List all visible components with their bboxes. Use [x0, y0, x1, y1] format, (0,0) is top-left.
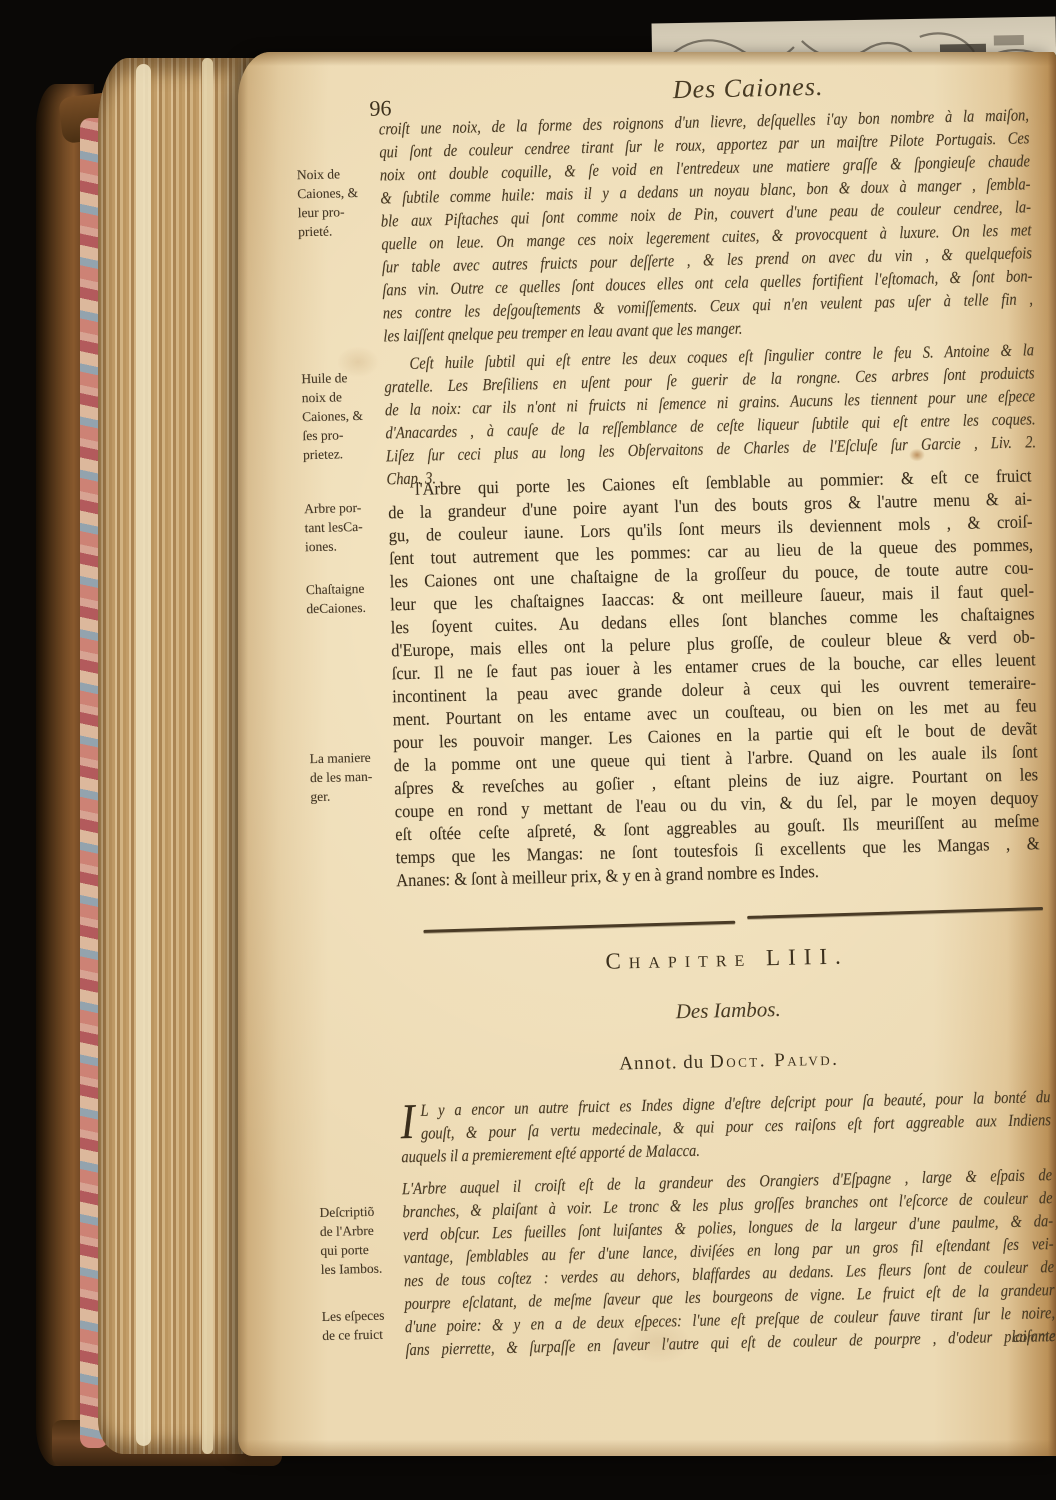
text-line: prietez. [303, 443, 391, 464]
text-line: leur pro- [298, 201, 386, 222]
text-line: les Iambos. [321, 1258, 409, 1279]
text-line: qui porte [320, 1239, 408, 1260]
margin-note-description-arbre: Deſcriptiõde l'Arbrequi porteles Iambos. [319, 1201, 409, 1279]
text-line: La maniere [309, 747, 397, 768]
text-line: Huile de [301, 367, 389, 388]
text-line: ſes pro- [302, 424, 390, 445]
chapter-subtitle: Des Iambos. [403, 991, 1053, 1030]
book-page: Des Caiones. 96 Noix deCaiones, &leur pr… [238, 52, 1056, 1456]
text-line: iones. [305, 535, 393, 556]
page-edge-highlight [136, 64, 151, 1446]
text-line: Caiones, & [302, 405, 390, 426]
text-line: de ce fruict [322, 1324, 410, 1345]
book-photograph: Des Caiones. 96 Noix deCaiones, &leur pr… [0, 0, 1056, 1500]
drop-cap: I [400, 1101, 415, 1145]
section-divider-right [747, 907, 1043, 919]
margin-note-especes-fruict: Les eſpecesde ce fruict [322, 1305, 411, 1345]
annotation-prefix: Annot. du [619, 1052, 710, 1075]
page-edge-highlight [202, 58, 213, 1454]
text-line: deCaiones. [306, 597, 394, 618]
chapter-heading: Chapitre LIII. [402, 939, 1052, 979]
text-line: noix de [302, 386, 390, 407]
section-divider-left [423, 921, 735, 933]
text-line: Chaſtaigne [306, 578, 394, 599]
text-line: Deſcriptiõ [319, 1201, 407, 1222]
text-line: prieté. [298, 220, 386, 241]
margin-note-chastaigne: ChaſtaignedeCaiones. [306, 578, 395, 618]
margin-note-maniere-de-manger: La manierede les man-ger. [309, 747, 398, 806]
text-line: Arbre por- [304, 497, 392, 518]
margin-note-huile-de-noix: Huile denoix deCaiones, &ſes pro-prietez… [301, 367, 391, 464]
paragraph-noix-description: croiſt une noix, de la forme des roignon… [379, 103, 1034, 347]
paragraph-iambos-intro: I L y a encor un autre fruict es Indes d… [400, 1085, 1052, 1168]
text-line: Caiones, & [297, 182, 385, 203]
margin-note-arbre-portant: Arbre por-tant lesCa-iones. [304, 497, 393, 556]
annotation-doct: Doct. [710, 1050, 775, 1072]
chapter-annotation: Annot. du Doct. Palvd. [404, 1044, 1054, 1080]
text-line: Les eſpeces [322, 1305, 410, 1326]
annotation-palvd: Palvd. [774, 1049, 840, 1071]
text-line: de l'Arbre [320, 1220, 408, 1241]
text-line: ger. [310, 785, 398, 806]
text-line: tant lesCa- [304, 516, 392, 537]
text-line: Noix de [297, 163, 385, 184]
paragraph-arbre-caiones: l'Arbre qui porte les Caiones eſt ſembla… [388, 464, 1041, 892]
margin-note-noix-de-caiones: Noix deCaiones, &leur pro-prieté. [297, 163, 387, 241]
page-content: Des Caiones. 96 Noix deCaiones, &leur pr… [222, 43, 1056, 1465]
text-line: de les man- [310, 766, 398, 787]
